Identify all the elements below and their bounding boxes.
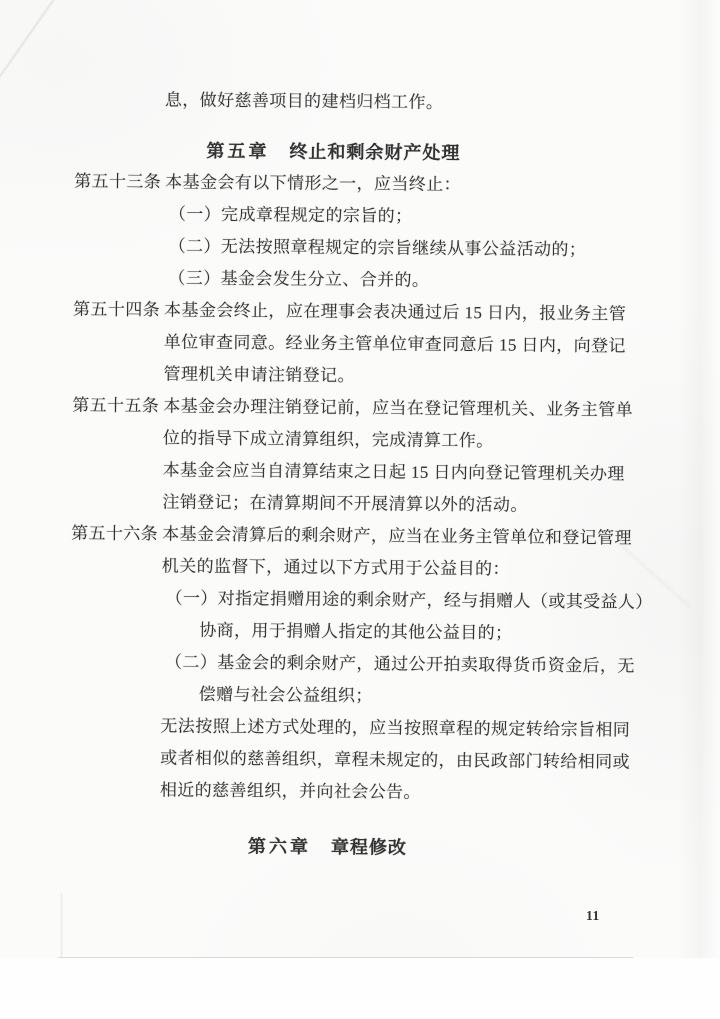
- article-56-closing-line-1: 无法按照上述方式处理的，应当按照章程的规定转给宗旨相同: [160, 710, 651, 746]
- article-55-line-1: 本基金会办理注销登记前，应当在登记管理机关、业务主管单: [163, 390, 633, 426]
- article-53: 第五十三条 本基金会有以下情形之一，应当终止： （一）完成章程规定的宗旨的； （…: [0, 165, 719, 299]
- chapter-6-title: 章程修改: [331, 837, 407, 858]
- chapter-5-title: 终止和剩余财产处理: [289, 142, 460, 163]
- page-left-edge: [61, 893, 62, 957]
- chapter-6-heading: 第六章章程修改: [0, 828, 662, 866]
- article-55-body: 本基金会办理注销登记前，应当在登记管理机关、业务主管单 位的指导下成立清算组织，…: [162, 390, 633, 522]
- article-56: 第五十六条 本基金会清算后的剩余财产，应当在业务主管单位和登记管理 机关的监督下…: [0, 517, 716, 811]
- article-56-line-1: 本基金会清算后的剩余财产，应当在业务主管单位和登记管理: [162, 518, 653, 554]
- article-53-item-1: （一）完成章程规定的宗旨的；: [165, 198, 587, 234]
- article-56-item-1-line-1: （一）对指定捐赠用途的剩余财产，经与捐赠人（或其受益人）: [165, 582, 652, 618]
- scan-background-below-page: [0, 958, 720, 1019]
- article-56-closing-line-2: 或者相似的慈善组织，章程未规定的，由民政部门转给相同或: [160, 742, 651, 778]
- article-53-item-1-line: （一）完成章程规定的宗旨的；: [169, 199, 587, 235]
- article-53-label: 第五十三条: [73, 166, 165, 295]
- article-54-line-2: 单位审查同意。经业务主管单位审查同意后 15 日内，向登记: [164, 326, 626, 362]
- article-54-line-3: 管理机关申请注销登记。: [163, 358, 625, 394]
- article-55-line-2: 位的指导下成立清算组织，完成清算工作。: [163, 422, 633, 458]
- article-56-item-2-line-2: 偿赠与社会公益组织；: [199, 679, 652, 715]
- article-56-closing-line-3: 相近的慈善组织，并向社会公告。: [160, 774, 651, 810]
- article-56-item-1: （一）对指定捐赠用途的剩余财产，经与捐赠人（或其受益人） 协商，用于捐赠人指定的…: [161, 582, 653, 650]
- article-56-item-2: （二）基金会的剩余财产，通过公开拍卖取得货币资金后，无 偿赠与社会公益组织；: [161, 646, 653, 714]
- page-bottom-edge: [58, 957, 633, 958]
- article-56-body: 本基金会清算后的剩余财产，应当在业务主管单位和登记管理 机关的监督下，通过以下方…: [160, 518, 654, 810]
- article-55-line-4: 注销登记；在清算期间不开展清算以外的活动。: [162, 486, 632, 522]
- article-55: 第五十五条 本基金会办理注销登记前，应当在登记管理机关、业务主管单 位的指导下成…: [0, 389, 717, 523]
- article-53-item-2: （二）无法按照章程规定的宗旨继续从事公益活动的；: [164, 230, 586, 266]
- article-53-item-2-line: （二）无法按照章程规定的宗旨继续从事公益活动的；: [168, 231, 586, 267]
- article-56-item-2-line-1: （二）基金会的剩余财产，通过公开拍卖取得货币资金后，无: [165, 646, 652, 682]
- article-53-item-3: （三）基金会发生分立、合并的。: [164, 262, 586, 298]
- article-54-label: 第五十四条: [72, 294, 164, 391]
- article-56-line-2: 机关的监督下，通过以下方式用于公益目的：: [162, 550, 653, 586]
- article-55-line-3: 本基金会应当自清算结束之日起 15 日内向登记管理机关办理: [163, 454, 633, 490]
- article-53-body: 本基金会有以下情形之一，应当终止： （一）完成章程规定的宗旨的； （二）无法按照…: [164, 166, 587, 298]
- article-56-item-1-line-2: 协商，用于捐赠人指定的其他公益目的；: [199, 615, 652, 651]
- carryover-paragraph-line: 息，做好慈善项目的建档归档工作。: [165, 84, 720, 121]
- article-56-label: 第五十六条: [69, 518, 163, 807]
- article-53-item-3-line: （三）基金会发生分立、合并的。: [168, 263, 586, 299]
- scanned-document-photo: { "colors": { "paper": "#fbfbfa", "ink":…: [0, 0, 720, 1019]
- page-number: 11: [586, 906, 600, 926]
- article-54-body: 本基金会终止，应在理事会表决通过后 15 日内，报业务主管 单位审查同意。经业务…: [163, 294, 626, 394]
- chapter-6-label: 第六章: [248, 836, 311, 857]
- article-53-line: 本基金会有以下情形之一，应当终止：: [165, 166, 587, 202]
- chapter-5-label: 第五章: [206, 141, 269, 162]
- document-page: 息，做好慈善项目的建档归档工作。 第五章终止和剩余财产处理 第五十三条 本基金会…: [0, 0, 720, 866]
- article-54: 第五十四条 本基金会终止，应在理事会表决通过后 15 日内，报业务主管 单位审查…: [0, 293, 718, 395]
- article-54-line-1: 本基金会终止，应在理事会表决通过后 15 日内，报业务主管: [164, 294, 626, 330]
- article-55-label: 第五十五条: [71, 390, 163, 519]
